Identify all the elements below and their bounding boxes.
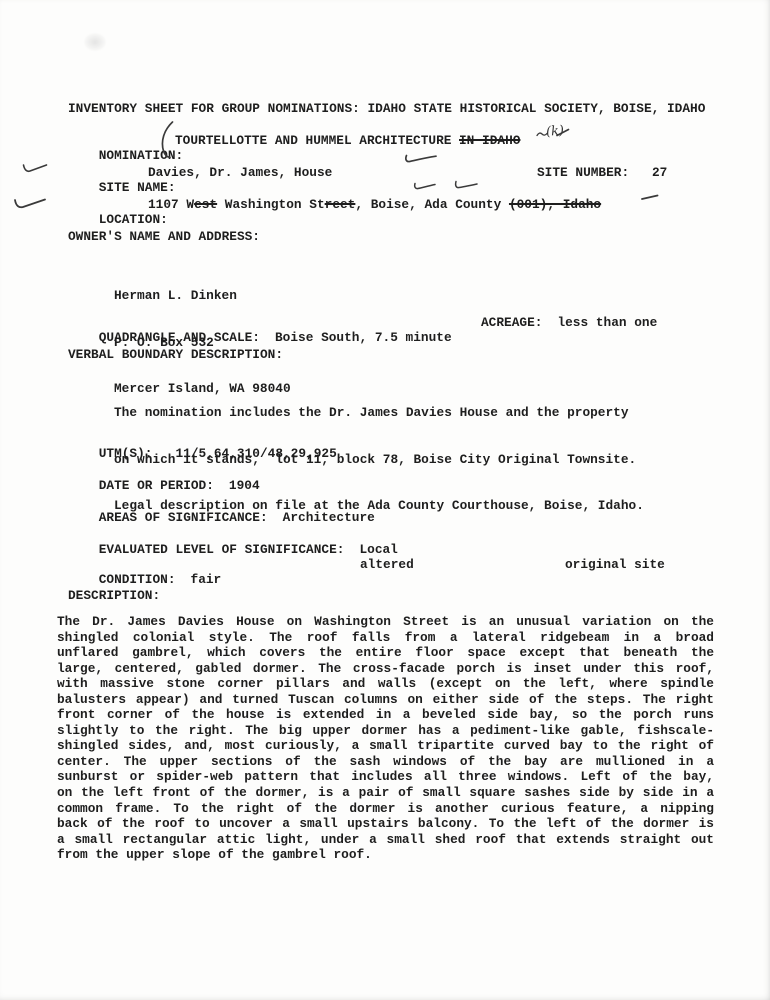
condition-original-site: original site (565, 557, 665, 572)
handwritten-dash (641, 192, 659, 202)
evaluated-level-value: Local (359, 542, 397, 557)
description-line: on the left front of the dormer, is a pa… (57, 785, 714, 801)
verbal-boundary-label: VERBAL BOUNDARY DESCRIPTION: (68, 347, 283, 362)
location-struck1: est (194, 197, 217, 212)
location-part2: Washington St (217, 197, 325, 212)
description-line: large, centered, gabled dormer. The cros… (57, 661, 714, 677)
owner-label: OWNER'S NAME AND ADDRESS: (68, 229, 260, 244)
acreage-label: ACREAGE: (481, 315, 542, 330)
handwritten-note: (k) (545, 123, 564, 140)
description-line: sunburst or spider-web pattern that incl… (57, 769, 714, 785)
description-line: from the upper slope of the gambrel roof… (57, 847, 714, 863)
location-part1: 1107 W (148, 197, 194, 212)
nomination-struck-text: IN IDAHO (459, 133, 520, 148)
location-part3: , Boise, Ada County (355, 197, 509, 212)
utm-label: UTM(S): (99, 446, 153, 461)
areas-of-significance-value: Architecture (283, 510, 375, 525)
description-line: balusters appear) and turned Tuscan colu… (57, 692, 714, 708)
location-struck2: reet (325, 197, 356, 212)
quadrangle-label: QUADRANGLE AND SCALE: (99, 330, 260, 345)
location-label: LOCATION: (99, 212, 168, 227)
description-line: center. The upper sections of the sash w… (57, 754, 714, 770)
description-line: unflared gambrel, which covers the entir… (57, 645, 714, 661)
condition-label: CONDITION: (99, 572, 176, 587)
description-line: common frame. To the right of the dormer… (57, 801, 714, 817)
acreage-value: less than one (557, 315, 657, 330)
inventory-sheet-page: INVENTORY SHEET FOR GROUP NOMINATIONS: I… (0, 0, 770, 1000)
handwritten-tick-1 (413, 181, 437, 191)
description-paragraph: The Dr. James Davies House on Washington… (57, 614, 714, 863)
evaluated-level-label: EVALUATED LEVEL OF SIGNIFICANCE: (99, 542, 345, 557)
description-line: front corner of the house is extended in… (57, 707, 714, 723)
description-line: back of the roof to uncover a small upst… (57, 816, 714, 832)
site-number-value: 27 (652, 165, 667, 180)
description-line: with massive stone corner pillars and wa… (57, 676, 714, 692)
handwritten-checkmark (404, 152, 438, 165)
areas-of-significance-label: AREAS OF SIGNIFICANCE: (99, 510, 268, 525)
description-line: shingled sides, and, most curiously, a s… (57, 738, 714, 754)
location-struck3: (001), Idaho (509, 197, 601, 212)
description-line: a small rectangular attic light, under a… (57, 832, 714, 848)
condition-altered: altered (360, 557, 414, 572)
handwritten-tick-2 (453, 180, 479, 191)
site-number-label: SITE NUMBER: (537, 165, 629, 180)
verbal-boundary-line: The nomination includes the Dr. James Da… (114, 405, 644, 421)
acreage-group: ACREAGE:less than one (481, 315, 657, 330)
description-line: slightly to the right. The big upper dor… (57, 723, 714, 739)
margin-checkmark-2 (13, 194, 47, 210)
site-name-value: Davies, Dr. James, House (148, 165, 332, 180)
owner-address-line: Herman L. Dinken (114, 288, 291, 304)
location-value: 1107 West Washington Street, Boise, Ada … (148, 197, 601, 212)
description-line: shingled colonial style. The roof falls … (57, 630, 714, 646)
handwritten-paren-mark (159, 121, 175, 159)
document-title: INVENTORY SHEET FOR GROUP NOMINATIONS: I… (68, 101, 705, 116)
nomination-value: TOURTELLOTTE AND HUMMEL ARCHITECTURE (175, 133, 451, 148)
site-name-label: SITE NAME: (99, 180, 176, 195)
quadrangle-value: Boise South, 7.5 minute (275, 330, 452, 345)
ink-smudge (84, 33, 106, 51)
date-or-period-value: 1904 (229, 478, 260, 493)
date-or-period-label: DATE OR PERIOD: (99, 478, 214, 493)
description-label: DESCRIPTION: (68, 588, 160, 603)
utm-value: 11/5,64,310/48,29,925 (175, 446, 336, 461)
quadrangle-line: QUADRANGLE AND SCALE:Boise South, 7.5 mi… (68, 315, 452, 375)
margin-checkmark-1 (22, 161, 48, 174)
location-line: LOCATION: 1107 West Washington Street, B… (68, 197, 168, 257)
description-line: The Dr. James Davies House on Washington… (57, 614, 714, 630)
condition-value: fair (191, 572, 222, 587)
